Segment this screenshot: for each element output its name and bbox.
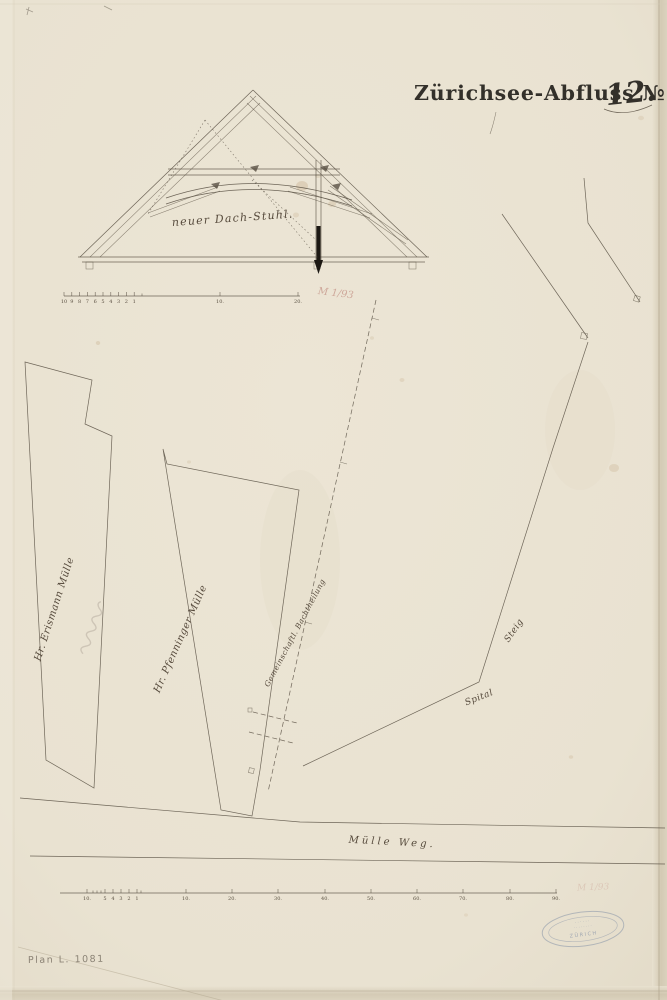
scale-tick-label: 4 [109, 299, 112, 305]
scale-tick-label: 90. [552, 896, 560, 902]
scale-tick-label: 2 [125, 299, 128, 305]
scale-tick-label: 10 [61, 299, 67, 305]
scale-tick-label: 10. [182, 896, 190, 902]
inventory-note: Plan L. 1081 [28, 954, 105, 966]
scale-tick-label: 40. [321, 896, 329, 902]
scale-tick-label: 6 [94, 299, 97, 305]
scale-tick-label: 70. [459, 896, 467, 902]
scale-tick-label: 1 [135, 896, 138, 902]
scale-tick-label: 7 [86, 299, 89, 305]
scale-tick-label: 9 [70, 299, 73, 305]
scale-tick-label: 5 [101, 299, 104, 305]
scale-tick-label: 2 [127, 896, 130, 902]
scale-tick-label: 10. [216, 299, 224, 305]
scale-tick-label: 60. [413, 896, 421, 902]
scale-tick-label: 30. [274, 896, 282, 902]
plan-canvas: Zürichsee-Abfluss № 12. [0, 0, 667, 1000]
scale-tick-label: 5 [103, 896, 106, 902]
scanned-plan-sheet: Zürichsee-Abfluss № 12. [0, 0, 667, 1000]
scale-tick-label: 3 [119, 896, 122, 902]
scale-tick-label: 20. [228, 896, 236, 902]
scale-tick-label: 50. [367, 896, 375, 902]
scale-tick-label: 3 [117, 299, 120, 305]
paper-background [0, 0, 667, 1000]
scale-tick-label: 80. [506, 896, 514, 902]
scale-tick-label: 1 [133, 299, 136, 305]
scale-tick-label: 20. [294, 299, 302, 305]
archival-mark-red-bottom: M 1/93 [576, 882, 610, 893]
scale-tick-label: 4 [111, 896, 114, 902]
scale-tick-label: 8 [78, 299, 81, 305]
scale-tick-label: 10. [83, 896, 91, 902]
